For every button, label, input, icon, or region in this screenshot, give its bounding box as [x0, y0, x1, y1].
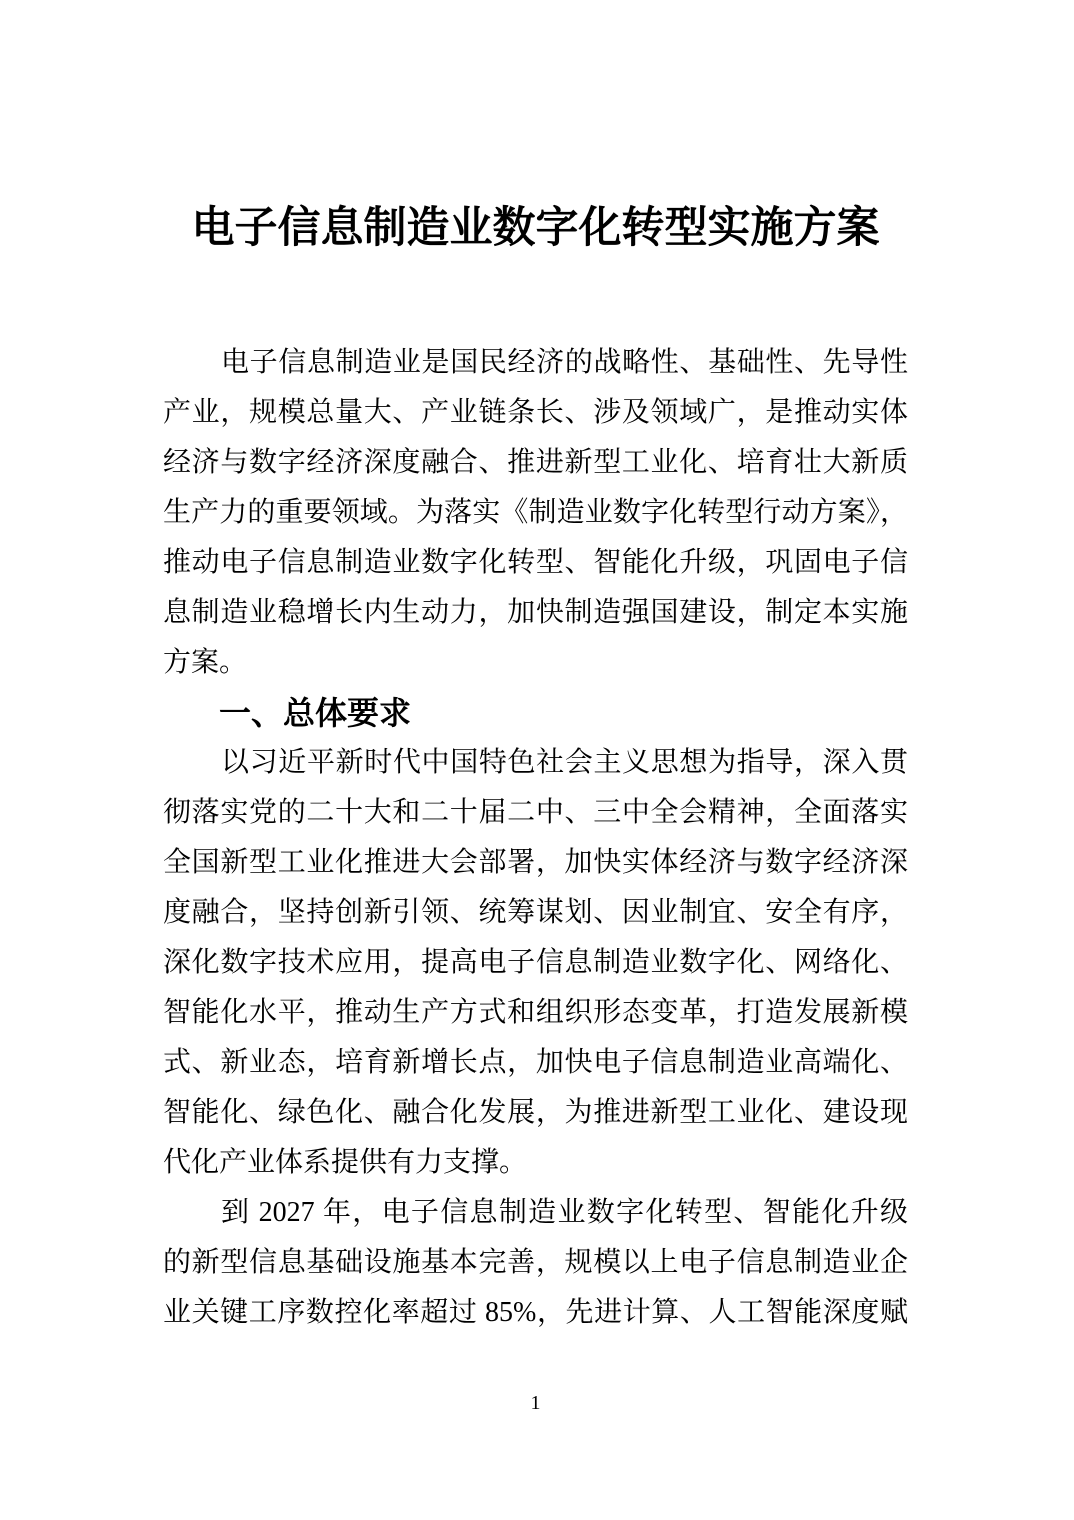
document-title: 电子信息制造业数字化转型实施方案 [163, 203, 908, 255]
document-body: 电子信息制造业是国民经济的战略性、基础性、先导性产业，规模总量大、产业链条长、涉… [163, 338, 908, 1338]
section-heading: 一、总体要求 [163, 688, 908, 738]
text-line: 方案。 [163, 638, 908, 688]
text-line: 电子信息制造业是国民经济的战略性、基础性、先导性 [163, 338, 908, 388]
text-line: 生产力的重要领域。为落实《制造业数字化转型行动方案》， [163, 488, 908, 538]
text-line: 度融合，坚持创新引领、统筹谋划、因业制宜、安全有序， [163, 888, 908, 938]
text-line: 代化产业体系提供有力支撑。 [163, 1138, 908, 1188]
text-line: 推动电子信息制造业数字化转型、智能化升级，巩固电子信 [163, 538, 908, 588]
text-line: 智能化水平，推动生产方式和组织形态变革，打造发展新模 [163, 988, 908, 1038]
text-line: 业关键工序数控化率超过 85%，先进计算、人工智能深度赋 [163, 1288, 908, 1338]
document-page: 电子信息制造业数字化转型实施方案 电子信息制造业是国民经济的战略性、基础性、先导… [0, 0, 1074, 1520]
text-line: 产业，规模总量大、产业链条长、涉及领域广，是推动实体 [163, 388, 908, 438]
text-line: 经济与数字经济深度融合、推进新型工业化、培育壮大新质 [163, 438, 908, 488]
text-line: 的新型信息基础设施基本完善，规模以上电子信息制造业企 [163, 1238, 908, 1288]
text-line: 以习近平新时代中国特色社会主义思想为指导，深入贯 [163, 738, 908, 788]
text-line: 深化数字技术应用，提高电子信息制造业数字化、网络化、 [163, 938, 908, 988]
text-line: 到 2027 年，电子信息制造业数字化转型、智能化升级 [163, 1188, 908, 1238]
text-line: 全国新型工业化推进大会部署，加快实体经济与数字经济深 [163, 838, 908, 888]
text-line: 式、新业态，培育新增长点，加快电子信息制造业高端化、 [163, 1038, 908, 1088]
text-line: 彻落实党的二十大和二十届二中、三中全会精神，全面落实 [163, 788, 908, 838]
page-number: 1 [163, 1390, 908, 1416]
text-line: 息制造业稳增长内生动力，加快制造强国建设，制定本实施 [163, 588, 908, 638]
text-line: 智能化、绿色化、融合化发展，为推进新型工业化、建设现 [163, 1088, 908, 1138]
